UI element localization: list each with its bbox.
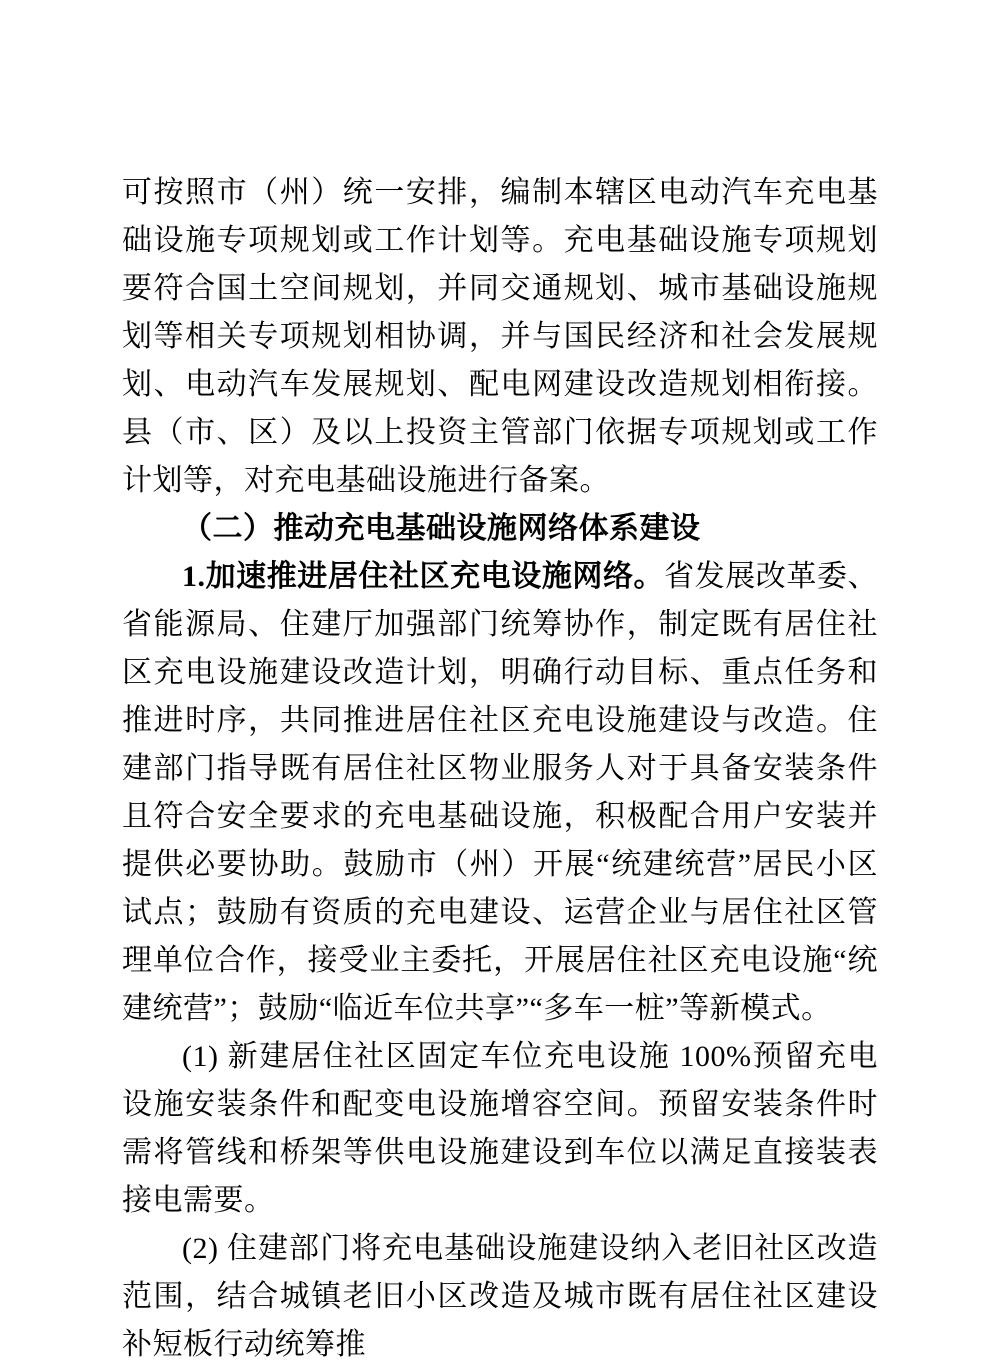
document-body: 可按照市（州）统一安排，编制本辖区电动汽车充电基础设施专项规划或工作计划等。充电… bbox=[122, 169, 878, 1365]
paragraph-planning-continuation: 可按照市（州）统一安排，编制本辖区电动汽车充电基础设施专项规划或工作计划等。充电… bbox=[122, 169, 878, 505]
paragraph-body-text: 省发展改革委、省能源局、住建厅加强部门统筹协作，制定既有居住社区充电设施建设改造… bbox=[122, 560, 878, 1025]
paragraph-item-1-new-communities: (1) 新建居住社区固定车位充电设施 100%预留充电设施安装条件和配变电设施增… bbox=[122, 1033, 878, 1225]
document-page: 可按照市（州）统一安排，编制本辖区电动汽车充电基础设施专项规划或工作计划等。充电… bbox=[0, 0, 981, 1365]
page-number: 3 bbox=[0, 1276, 981, 1300]
section-heading-network-construction: （二）推动充电基础设施网络体系建设 bbox=[122, 505, 878, 553]
paragraph-residential-charging-network: 1.加速推进居住社区充电设施网络。省发展改革委、省能源局、住建厅加强部门统筹协作… bbox=[122, 553, 878, 1033]
paragraph-bold-lead: 1.加速推进居住社区充电设施网络。 bbox=[182, 560, 664, 593]
